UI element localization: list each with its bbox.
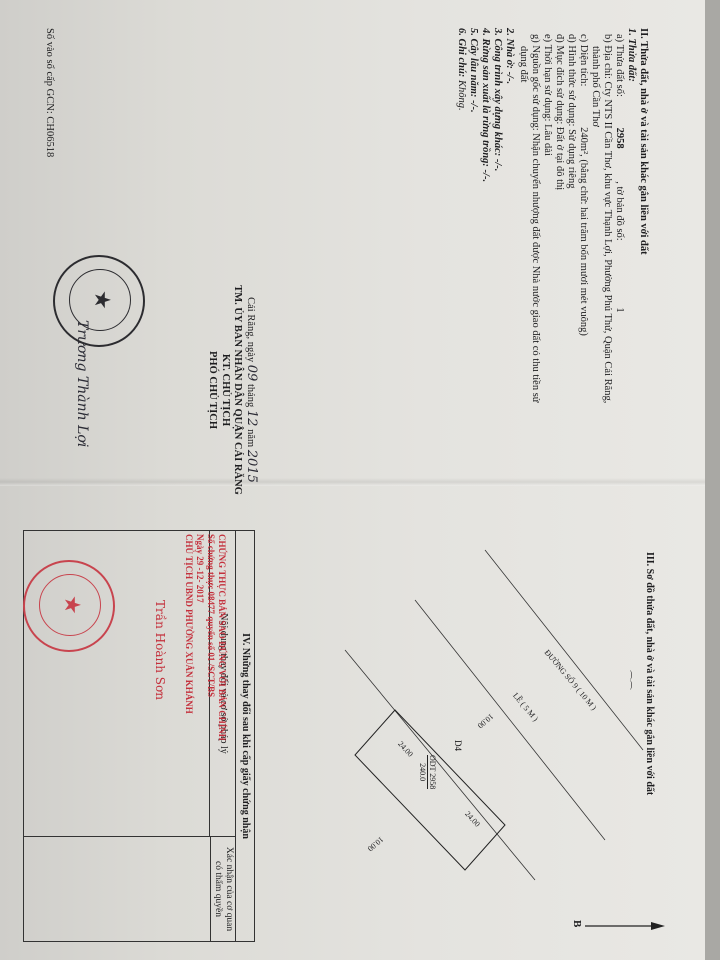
copy-certification: CHỨNG THỰC BẢN SAO ĐÚNG VỚI BẢN CHÍNH Số… [183, 534, 227, 741]
gcn-registry-number: Số vào sổ cấp GCN: CH06518 [44, 28, 55, 157]
certifier-name: Trần Hoành Sơn [153, 600, 167, 700]
item-perennial-trees: 5. Cây lâu năm: -/-. [468, 28, 479, 113]
section-4-title: IV. Những thay đổi sau khi cấp giấy chứn… [235, 531, 254, 941]
lot-code: D4 [453, 740, 463, 751]
item-notes: 6. Ghi chú: Không. [456, 28, 467, 111]
item-other-construction: 3. Công trình xây dựng khác: -/-. [492, 28, 503, 171]
star-icon: ★ [89, 290, 115, 310]
area-row: c) Diện tích: 240m², (bằng chữ: hai trăm… [578, 34, 589, 336]
signing-year: 2015 [244, 450, 259, 483]
area-value: 240m², (bằng chữ: hai trăm bốn mươi mét … [578, 127, 589, 336]
address-line2: thành phố Cần Thơ [590, 46, 601, 127]
address-line1: b) Địa chỉ: Cty NTS II Cần Thơ, khu vực … [602, 34, 613, 403]
section-3-title: III. Sơ đồ thửa đất, nhà ở và tài sản kh… [644, 552, 655, 795]
signer-role-2: PHÓ CHỦ TỊCH [206, 255, 219, 525]
photo-frame: II. Thửa đất, nhà ở và tài sản khác gắn … [0, 0, 720, 960]
area-label: c) Diện tích: [578, 34, 589, 86]
signer-role-1: KT. CHỦ TỊCH [219, 255, 232, 525]
item-plantation-forest: 4. Rừng sản xuất là rừng trồng: -/-. [480, 28, 491, 182]
parcel-area: 240.0 [418, 755, 427, 789]
usage-purpose: đ) Mục đích sử dụng: Đất ở tại đô thị [554, 34, 565, 190]
land-certificate-page: II. Thửa đất, nhà ở và tài sản khác gắn … [0, 0, 705, 960]
usage-origin-line1: g) Nguồn gốc sử dụng: Nhận chuyển nhượng… [530, 34, 541, 403]
cert-line3: Ngày 29 -12- 2017 [194, 534, 205, 741]
col-authority-confirmation: Xác nhận của cơ quan có thẩm quyền [210, 837, 236, 941]
cert-line4: CHỦ TỊCH UBND PHƯỜNG XUÂN KHÁNH [183, 534, 194, 741]
map-sheet-label: , tờ bản đồ số: [614, 181, 625, 241]
usage-origin-line2: dụng đất [518, 46, 529, 82]
item-house: 2. Nhà ở: -/-. [504, 28, 515, 84]
usage-term: e) Thời hạn sử dụng: Lâu dài [542, 34, 553, 156]
cert-line1: CHỨNG THỰC BẢN SAO ĐÚNG VỚI BẢN CHÍNH [216, 534, 227, 741]
cert-line2: Số chứng thực 08477 quyển số 01 /SCT/BS [205, 534, 216, 741]
signing-date: Cái Răng, ngày 09 tháng 12 năm 2015 [244, 255, 258, 525]
parcel-label-box: ODT 2958 240.0 [418, 755, 437, 789]
section-2-title: II. Thửa đất, nhà ở và tài sản khác gắn … [638, 28, 649, 255]
parcel-number-row: a) Thửa đất số: 2958 , tờ bản đồ số: 1 [614, 34, 625, 313]
paper-fold [0, 478, 705, 486]
signing-month: 12 [244, 410, 259, 427]
signature-block: Cái Răng, ngày 09 tháng 12 năm 2015 TM. … [206, 255, 257, 525]
official-seal-black: ★ [53, 255, 145, 347]
parcel-number: 2958 [614, 128, 625, 149]
usage-form: d) Hình thức sử dụng: Sử dụng riêng [566, 34, 577, 188]
official-seal-red: ★ [23, 560, 115, 652]
signing-day: 09 [244, 365, 259, 382]
issuing-authority: TM. ỦY BAN NHÂN DÂN QUẬN CÁI RĂNG [231, 255, 244, 525]
land-heading: 1. Thửa đất: [626, 28, 637, 82]
star-icon: ★ [59, 595, 85, 615]
map-sheet-number: 1 [614, 307, 625, 312]
parcel-number-label: a) Thửa đất số: [614, 34, 625, 97]
parcel-code: ODT 2958 [427, 755, 437, 789]
